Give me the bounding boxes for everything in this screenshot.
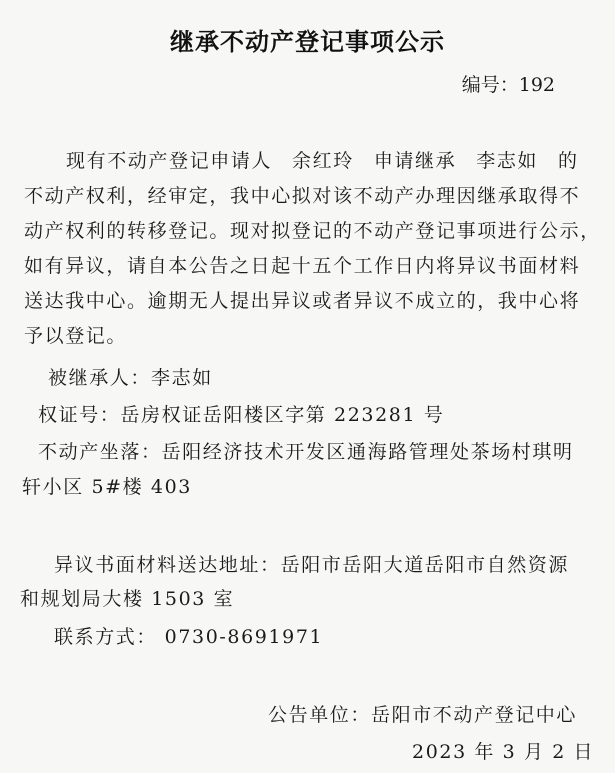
body-line: 送达我中心。逾期无人提出异议或者异议不成立的，我中心将 [24, 286, 580, 313]
body-line: 如有异议，请自本公告之日起十五个工作日内将异议书面材料 [24, 251, 580, 278]
issue-date: 2023 年 3 月 2 日 [412, 737, 594, 764]
intro-suffix: 的 [558, 150, 579, 172]
decedent-name: 李志如 [476, 150, 538, 172]
body-line: 不动产权利，经审定，我中心拟对该不动产办理因继承取得不 [24, 181, 580, 208]
applicant-name: 余红玲 [292, 150, 354, 172]
intro-mid: 申请继承 [374, 150, 456, 172]
objection-address-field: 异议书面材料送达地址：岳阳市岳阳大道岳阳市自然资源 [54, 550, 569, 577]
intro-line: 现有不动产登记申请人余红玲申请继承李志如的 [66, 146, 579, 173]
page-title: 继承不动产登记事项公示 [0, 22, 615, 57]
notice-page: 继承不动产登记事项公示 编号：192 现有不动产登记申请人余红玲申请继承李志如的… [0, 0, 615, 773]
certificate-number-field: 权证号：岳房权证岳阳楼区字第 223281 号 [38, 400, 444, 427]
decedent-field: 被继承人：李志如 [48, 363, 213, 390]
issuer: 公告单位：岳阳市不动产登记中心 [268, 700, 577, 727]
contact-field: 联系方式： 0730-8691971 [54, 622, 323, 649]
document-number: 编号：192 [462, 70, 555, 97]
property-location-field-cont: 轩小区 5#楼 403 [22, 472, 192, 499]
body-line: 动产权利的转移登记。现对拟登记的不动产登记事项进行公示， [24, 216, 601, 243]
objection-address-field-cont: 和规划局大楼 1503 室 [20, 584, 234, 611]
body-line: 予以登记。 [24, 321, 127, 348]
property-location-field: 不动产坐落：岳阳经济技术开发区通海路管理处茶场村琪明 [38, 437, 574, 464]
intro-prefix: 现有不动产登记申请人 [66, 150, 272, 172]
